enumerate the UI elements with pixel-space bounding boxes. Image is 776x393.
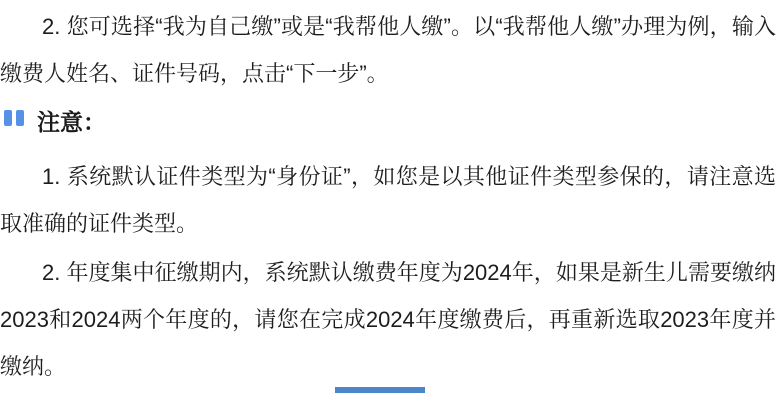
notice-heading: 注意： bbox=[4, 105, 776, 136]
note-item-2: 2. 年度集中征缴期内，系统默认缴费年度为2024年，如果是新生儿需要缴纳202… bbox=[0, 249, 776, 390]
note-item-1: 1. 系统默认证件类型为“身份证”，如您是以其他证件类型参保的，请注意选取准确的… bbox=[0, 153, 776, 247]
help-article: 2. 您可选择“我为自己缴”或是“我帮他人缴”。以“我帮他人缴”办理为例，输入缴… bbox=[0, 0, 776, 390]
partial-bottom-element bbox=[335, 387, 425, 393]
intro-paragraph: 2. 您可选择“我为自己缴”或是“我帮他人缴”。以“我帮他人缴”办理为例，输入缴… bbox=[0, 3, 776, 97]
double-bars-icon-left bbox=[4, 110, 12, 126]
double-bars-icon-right bbox=[16, 110, 24, 126]
double-bars-icon bbox=[4, 110, 24, 126]
notice-label: 注意： bbox=[37, 104, 106, 137]
